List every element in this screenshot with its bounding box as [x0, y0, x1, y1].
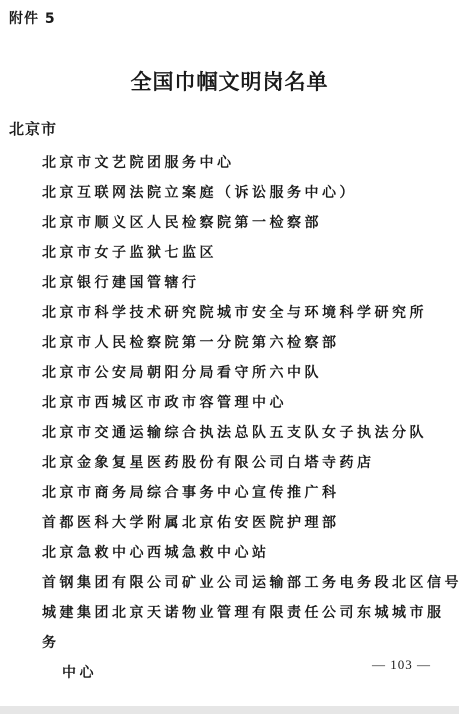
list-item: 北京市顺义区人民检察院第一检察部: [42, 208, 452, 238]
list-item: 北京市交通运输综合执法总队五支队女子执法分队: [42, 418, 452, 448]
list-item: 北京市公安局朝阳分局看守所六中队: [42, 358, 452, 388]
list-item: 城建集团北京天诺物业管理有限责任公司东城城市服务 中心: [42, 598, 452, 688]
list-item: 北京市科学技术研究院城市安全与环境科学研究所: [42, 298, 452, 328]
list-item: 北京金象复星医药股份有限公司白塔寺药店: [42, 448, 452, 478]
page-number: — 103 —: [372, 657, 431, 673]
list-item: 首都医科大学附属北京佑安医院护理部: [42, 508, 452, 538]
list-item: 北京互联网法院立案庭（诉讼服务中心）: [42, 178, 452, 208]
list-item: 首钢集团有限公司矿业公司运输部工务电务段北区信号班: [42, 568, 452, 598]
list-item: 北京急救中心西城急救中心站: [42, 538, 452, 568]
document-page: 附件 5 全国巾帼文明岗名单 北京市 北京市文艺院团服务中心 北京互联网法院立案…: [0, 0, 459, 706]
region-heading: 北京市: [9, 118, 57, 139]
honoree-list: 北京市文艺院团服务中心 北京互联网法院立案庭（诉讼服务中心） 北京市顺义区人民检…: [42, 148, 452, 688]
list-item: 北京市人民检察院第一分院第六检察部: [42, 328, 452, 358]
document-title: 全国巾帼文明岗名单: [0, 66, 459, 96]
page-bottom-edge: [0, 706, 459, 714]
attachment-label: 附件 5: [9, 8, 56, 28]
list-item: 北京市文艺院团服务中心: [42, 148, 452, 178]
list-item: 北京市女子监狱七监区: [42, 238, 452, 268]
list-item: 北京市西城区市政市容管理中心: [42, 388, 452, 418]
list-item-line1: 城建集团北京天诺物业管理有限责任公司东城城市服务: [42, 605, 445, 651]
list-item: 北京银行建国管辖行: [42, 268, 452, 298]
list-item: 北京市商务局综合事务中心宣传推广科: [42, 478, 452, 508]
